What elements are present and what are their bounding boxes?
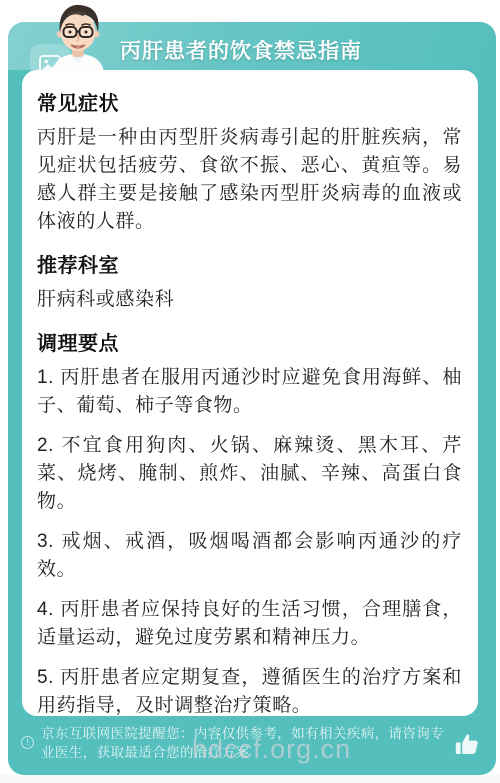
- doctor-avatar-image: [41, 3, 117, 73]
- care-item-5: 5. 丙肝患者应定期复查，遵循医生的治疗方案和用药指导，及时调整治疗策略。: [37, 664, 462, 716]
- content-card: 常见症状 丙肝是一种由丙型肝炎病毒引起的肝脏疾病，常见症状包括疲劳、食欲不振、恶…: [22, 70, 478, 716]
- thumbs-up-icon[interactable]: [453, 730, 481, 758]
- page-title: 丙肝患者的饮食禁忌指南: [120, 35, 362, 65]
- section-heading-symptoms: 常见症状: [37, 87, 462, 116]
- care-item-4: 4. 丙肝患者应保持良好的生活习惯，合理膳食，适量运动，避免过度劳累和精神压力。: [37, 596, 462, 652]
- section-heading-care: 调理要点: [37, 327, 462, 356]
- page-bottom-margin: [0, 775, 500, 783]
- footer-disclaimer-bar: ! 京东互联网医院提醒您：内容仅供参考，如有相关疾病，请咨询专业医生，获取最适合…: [19, 722, 486, 772]
- care-item-1: 1. 丙肝患者在服用丙通沙时应避免食用海鲜、柚子、葡萄、柿子等食物。: [37, 364, 462, 420]
- care-item-3: 3. 戒烟、戒酒，吸烟喝酒都会影响丙通沙的疗效。: [37, 528, 462, 584]
- department-text: 肝病科或感染科: [37, 286, 462, 314]
- guide-card: 丙肝患者的饮食禁忌指南 常见症状 丙肝是一种由丙型肝炎病毒引起的肝脏疾病，常见症…: [8, 22, 496, 775]
- care-item-2: 2. 不宜食用狗肉、火锅、麻辣烫、黑木耳、芹菜、烧烤、腌制、煎炸、油腻、辛辣、高…: [37, 432, 462, 516]
- disclaimer-text: 京东互联网医院提醒您：内容仅供参考，如有相关疾病，请咨询专业医生，获取最适合您的…: [41, 724, 455, 762]
- section-heading-department: 推荐科室: [37, 249, 462, 278]
- doctor-avatar: [41, 3, 117, 73]
- info-circle-icon: !: [21, 736, 34, 749]
- symptoms-text: 丙肝是一种由丙型肝炎病毒引起的肝脏疾病，常见症状包括疲劳、食欲不振、恶心、黄疸等…: [37, 124, 462, 236]
